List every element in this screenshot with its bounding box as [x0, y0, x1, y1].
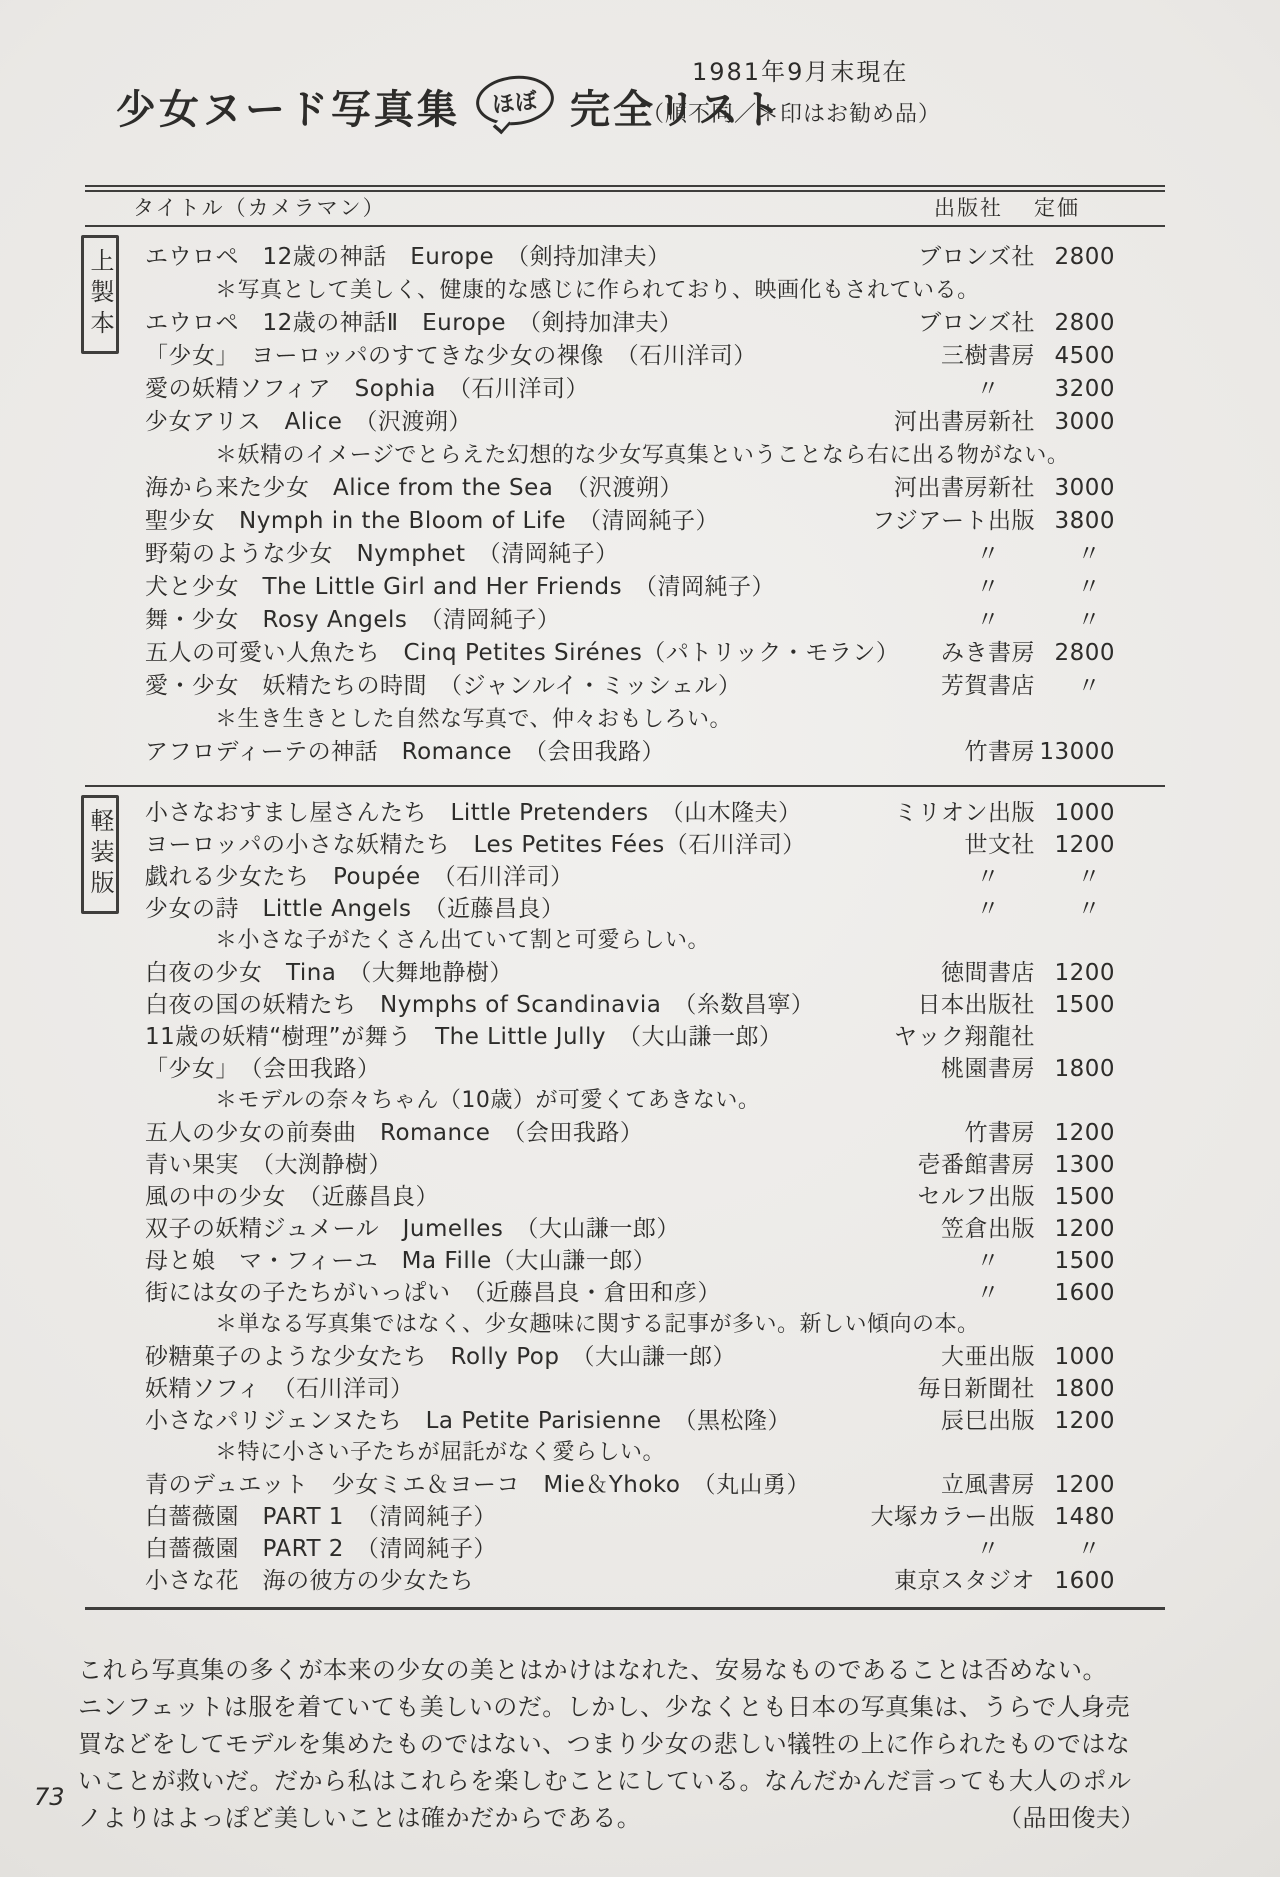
- note-row: ＊単なる写真集ではなく、少女趣味に関する記事が多い。新しい傾向の本。: [85, 1309, 1165, 1341]
- closing-essay: これら写真集の多くが本来の少女の美とはかけはなれた、安易なものであることは否めな…: [78, 1652, 1223, 1837]
- essay-line: いことが救いだ。だから私はこれらを楽しむことにしている。なんだかんだ言っても大人…: [78, 1763, 1223, 1800]
- book-title: エウロペ 12歳の神話 Europe （剣持加津夫）: [145, 241, 671, 274]
- publisher: フジアート出版: [872, 505, 1035, 538]
- table-section-hardcover: 上製本エウロペ 12歳の神話 Europe （剣持加津夫）ブロンズ社2800＊写…: [85, 227, 1165, 785]
- note-text: ＊生き生きとした自然な写真で、仲々おもしろい。: [215, 703, 732, 736]
- publisher: セルフ出版: [918, 1181, 1036, 1213]
- essay-line: これら写真集の多くが本来の少女の美とはかけはなれた、安易なものであることは否めな…: [78, 1652, 1223, 1689]
- book-title: 青のデュエット 少女ミエ＆ヨーコ Mie＆Yhoko （丸山勇）: [145, 1469, 810, 1501]
- book-row: 青い果実 （大渕静樹）壱番館書房1300: [85, 1149, 1165, 1181]
- book-title: 砂糖菓子のような少女たち Rolly Pop （大山謙一郎）: [145, 1341, 736, 1373]
- book-row: 五人の可愛い人魚たち Cinq Petites Sirénes（パトリック・モラ…: [85, 637, 1165, 670]
- page-number: 73: [34, 1783, 65, 1811]
- book-title: 11歳の妖精“樹理”が舞う The Little Jully （大山謙一郎）: [145, 1021, 783, 1053]
- book-title: 戯れる少女たち Poupée （石川洋司）: [145, 861, 574, 893]
- book-row: 愛の妖精ソフィア Sophia （石川洋司）〃3200: [85, 373, 1165, 406]
- book-row: 母と娘 マ・フィーユ Ma Fille（大山謙一郎）〃1500: [85, 1245, 1165, 1277]
- book-row: 「少女」 （会田我路）桃園書房1800: [85, 1053, 1165, 1085]
- date-note: 1981年9月末現在: [642, 52, 941, 87]
- publisher: 辰巳出版: [941, 1405, 1035, 1437]
- publisher: 大塚カラー出版: [871, 1501, 1036, 1533]
- book-row: 風の中の少女 （近藤昌良）セルフ出版1500: [85, 1181, 1165, 1213]
- publisher: 河出書房新社: [894, 472, 1035, 505]
- book-title: エウロペ 12歳の神話Ⅱ Europe （剣持加津夫）: [145, 307, 682, 340]
- book-row: 「少女」 ヨーロッパのすてきな少女の裸像 （石川洋司）三樹書房4500: [85, 340, 1165, 373]
- note-row: ＊小さな子がたくさん出ていて割と可愛らしい。: [85, 925, 1165, 957]
- price: 〃: [1078, 604, 1102, 637]
- book-title: 白薔薇園 PART 1 （清岡純子）: [145, 1501, 497, 1533]
- price: 1200: [1054, 1405, 1115, 1437]
- book-row: 少女の詩 Little Angels （近藤昌良）〃〃: [85, 893, 1165, 925]
- book-title: 五人の可愛い人魚たち Cinq Petites Sirénes（パトリック・モラ…: [145, 637, 899, 670]
- publisher: 壱番館書房: [918, 1149, 1036, 1181]
- price: 3200: [1054, 373, 1115, 406]
- book-title: 犬と少女 The Little Girl and Her Friends （清岡…: [145, 571, 775, 604]
- table-section-paperback: 軽装版小さなおすまし屋さんたち Little Pretenders （山木隆夫）…: [85, 785, 1165, 1607]
- book-title: 五人の少女の前奏曲 Romance （会田我路）: [145, 1117, 643, 1149]
- book-row: 少女アリス Alice （沢渡朔）河出書房新社3000: [85, 406, 1165, 439]
- book-row: 愛・少女 妖精たちの時間 （ジャンルイ・ミッシェル）芳賀書店〃: [85, 670, 1165, 703]
- publisher: ミリオン出版: [894, 797, 1035, 829]
- note-row: ＊モデルの奈々ちゃん（10歳）が可愛くてあきない。: [85, 1085, 1165, 1117]
- book-row: 白薔薇園 PART 1 （清岡純子）大塚カラー出版1480: [85, 1501, 1165, 1533]
- book-row: 小さなパリジェンヌたち La Petite Parisienne （黒松隆）辰巳…: [85, 1405, 1165, 1437]
- publisher: 〃: [977, 373, 1001, 406]
- publisher: 竹書房: [965, 736, 1036, 769]
- note-row: ＊写真として美しく、健康的な感じに作られており、映画化もされている。: [85, 274, 1165, 307]
- price: 〃: [1078, 861, 1102, 893]
- publisher: みき書房: [941, 637, 1035, 670]
- column-header-title: タイトル（カメラマン）: [133, 192, 386, 225]
- price: 〃: [1078, 670, 1102, 703]
- essay-line: ニンフェットは服を着ていても美しいのだ。しかし、少なくとも日本の写真集は、うらで…: [78, 1689, 1223, 1726]
- publisher: 東京スタジオ: [894, 1565, 1035, 1597]
- book-row: 五人の少女の前奏曲 Romance （会田我路）竹書房1200: [85, 1117, 1165, 1149]
- note-row: ＊生き生きとした自然な写真で、仲々おもしろい。: [85, 703, 1165, 736]
- book-title: 母と娘 マ・フィーユ Ma Fille（大山謙一郎）: [145, 1245, 656, 1277]
- book-row: 白夜の少女 Tina （大舞地静樹）徳間書店1200: [85, 957, 1165, 989]
- publisher: 〃: [977, 893, 1001, 925]
- note-row: ＊妖精のイメージでとらえた幻想的な少女写真集ということなら右に出る物がない。: [85, 439, 1165, 472]
- publisher: 毎日新聞社: [918, 1373, 1036, 1405]
- publisher: 〃: [977, 571, 1001, 604]
- price: 1800: [1054, 1053, 1115, 1085]
- book-title: 白薔薇園 PART 2 （清岡純子）: [145, 1533, 497, 1565]
- book-title: 「少女」 （会田我路）: [145, 1053, 381, 1085]
- book-row: 海から来た少女 Alice from the Sea （沢渡朔）河出書房新社30…: [85, 472, 1165, 505]
- book-title: 少女の詩 Little Angels （近藤昌良）: [145, 893, 565, 925]
- book-title: 愛の妖精ソフィア Sophia （石川洋司）: [145, 373, 589, 406]
- publisher: 立風書房: [941, 1469, 1035, 1501]
- book-row: 舞・少女 Rosy Angels （清岡純子）〃〃: [85, 604, 1165, 637]
- publisher: 〃: [977, 1533, 1001, 1565]
- price: 〃: [1078, 1533, 1102, 1565]
- book-title: 妖精ソフィ （石川洋司）: [145, 1373, 414, 1405]
- note-text: ＊妖精のイメージでとらえた幻想的な少女写真集ということなら右に出る物がない。: [215, 439, 1069, 472]
- column-header-price: 定価: [1034, 192, 1080, 225]
- page-title-left: 少女ヌード写真集: [116, 87, 460, 133]
- book-row: 白薔薇園 PART 2 （清岡純子）〃〃: [85, 1533, 1165, 1565]
- publisher: 徳間書店: [941, 957, 1035, 989]
- price: 1200: [1054, 1213, 1115, 1245]
- publisher: 桃園書房: [941, 1053, 1035, 1085]
- book-row: 犬と少女 The Little Girl and Her Friends （清岡…: [85, 571, 1165, 604]
- book-title: 街には女の子たちがいっぱい （近藤昌良・倉田和彦）: [145, 1277, 721, 1309]
- publisher: 〃: [977, 861, 1001, 893]
- publisher: 芳賀書店: [941, 670, 1035, 703]
- price: 〃: [1078, 893, 1102, 925]
- book-row: 戯れる少女たち Poupée （石川洋司）〃〃: [85, 861, 1165, 893]
- note-row: ＊特に小さい子たちが屈託がなく愛らしい。: [85, 1437, 1165, 1469]
- publisher: 世文社: [965, 829, 1036, 861]
- price: 1480: [1054, 1501, 1115, 1533]
- book-title: 白夜の国の妖精たち Nymphs of Scandinavia （糸数昌寧）: [145, 989, 814, 1021]
- publisher: 河出書房新社: [894, 406, 1035, 439]
- publisher: 笠倉出版: [941, 1213, 1035, 1245]
- book-title: 小さな花 海の彼方の少女たち: [145, 1565, 474, 1597]
- price: 1800: [1054, 1373, 1115, 1405]
- note-text: ＊小さな子がたくさん出ていて割と可愛らしい。: [215, 925, 710, 957]
- book-title: 青い果実 （大渕静樹）: [145, 1149, 392, 1181]
- price: 1600: [1054, 1277, 1115, 1309]
- publisher: 大亜出版: [941, 1341, 1035, 1373]
- table-sections: 上製本エウロペ 12歳の神話 Europe （剣持加津夫）ブロンズ社2800＊写…: [85, 227, 1165, 1607]
- book-title: ヨーロッパの小さな妖精たち Les Petites Fées（石川洋司）: [145, 829, 806, 861]
- publisher: 三樹書房: [941, 340, 1035, 373]
- note-text: ＊モデルの奈々ちゃん（10歳）が可愛くてあきない。: [215, 1085, 760, 1117]
- publisher: 竹書房: [965, 1117, 1036, 1149]
- book-row: エウロペ 12歳の神話 Europe （剣持加津夫）ブロンズ社2800: [85, 241, 1165, 274]
- book-title: アフロディーテの神話 Romance （会田我路）: [145, 736, 665, 769]
- book-list-table: タイトル（カメラマン） 出版社 定価 上製本エウロペ 12歳の神話 Europe…: [85, 185, 1165, 1610]
- book-row: 聖少女 Nymph in the Bloom of Life （清岡純子）フジア…: [85, 505, 1165, 538]
- book-row: 小さなおすまし屋さんたち Little Pretenders （山木隆夫）ミリオ…: [85, 797, 1165, 829]
- note-text: ＊単なる写真集ではなく、少女趣味に関する記事が多い。新しい傾向の本。: [215, 1309, 980, 1341]
- publisher: ブロンズ社: [918, 307, 1035, 340]
- price: 3000: [1054, 406, 1115, 439]
- price: 1500: [1054, 1181, 1115, 1213]
- price: 3000: [1054, 472, 1115, 505]
- table-header-row: タイトル（カメラマン） 出版社 定価: [85, 185, 1165, 227]
- price: 2800: [1054, 637, 1115, 670]
- price: 1200: [1054, 957, 1115, 989]
- book-row: アフロディーテの神話 Romance （会田我路）竹書房13000: [85, 736, 1165, 769]
- scanned-page: 少女ヌード写真集ほぼ完全リスト 1981年9月末現在 （順不同／＊印はお勧め品）…: [0, 0, 1280, 1877]
- price: 〃: [1078, 538, 1102, 571]
- price: 1600: [1054, 1565, 1115, 1597]
- price: 1500: [1054, 989, 1115, 1021]
- book-row: 小さな花 海の彼方の少女たち東京スタジオ1600: [85, 1565, 1165, 1597]
- book-title: 愛・少女 妖精たちの時間 （ジャンルイ・ミッシェル）: [145, 670, 741, 703]
- price: 1200: [1054, 829, 1115, 861]
- book-title: 野菊のような少女 Nymphet （清岡純子）: [145, 538, 619, 571]
- book-row: 野菊のような少女 Nymphet （清岡純子）〃〃: [85, 538, 1165, 571]
- book-title: 海から来た少女 Alice from the Sea （沢渡朔）: [145, 472, 683, 505]
- price: 2800: [1054, 241, 1115, 274]
- book-row: 双子の妖精ジュメール Jumelles （大山謙一郎）笠倉出版1200: [85, 1213, 1165, 1245]
- book-title: 双子の妖精ジュメール Jumelles （大山謙一郎）: [145, 1213, 680, 1245]
- book-row: 妖精ソフィ （石川洋司）毎日新聞社1800: [85, 1373, 1165, 1405]
- book-title: 「少女」 ヨーロッパのすてきな少女の裸像 （石川洋司）: [145, 340, 757, 373]
- publisher: ブロンズ社: [918, 241, 1035, 274]
- essay-last-line: ノよりはよっぽど美しいことは確かだからである。 （品田俊夫）: [78, 1800, 1223, 1837]
- book-title: 小さなパリジェンヌたち La Petite Parisienne （黒松隆）: [145, 1405, 791, 1437]
- publisher: 〃: [977, 538, 1001, 571]
- essay-line: 買などをしてモデルを集めたものではない、つまり少女の悲しい犠牲の上に作られたもの…: [78, 1726, 1223, 1763]
- book-row: 11歳の妖精“樹理”が舞う The Little Jully （大山謙一郎）ヤッ…: [85, 1021, 1165, 1053]
- book-title: 少女アリス Alice （沢渡朔）: [145, 406, 472, 439]
- header-notes: 1981年9月末現在 （順不同／＊印はお勧め品）: [642, 52, 941, 128]
- price: 1500: [1054, 1245, 1115, 1277]
- price: 3800: [1054, 505, 1115, 538]
- book-row: エウロペ 12歳の神話Ⅱ Europe （剣持加津夫）ブロンズ社2800: [85, 307, 1165, 340]
- price: 1000: [1054, 797, 1115, 829]
- book-title: 風の中の少女 （近藤昌良）: [145, 1181, 439, 1213]
- publisher: ヤック翔龍社: [894, 1021, 1035, 1053]
- price: 1300: [1054, 1149, 1115, 1181]
- book-title: 舞・少女 Rosy Angels （清岡純子）: [145, 604, 560, 637]
- book-title: 小さなおすまし屋さんたち Little Pretenders （山木隆夫）: [145, 797, 802, 829]
- publisher: 日本出版社: [918, 989, 1036, 1021]
- publisher: 〃: [977, 604, 1001, 637]
- publisher: 〃: [977, 1277, 1001, 1309]
- price: 1000: [1054, 1341, 1115, 1373]
- book-row: 砂糖菓子のような少女たち Rolly Pop （大山謙一郎）大亜出版1000: [85, 1341, 1165, 1373]
- price: 〃: [1078, 571, 1102, 604]
- price: 4500: [1054, 340, 1115, 373]
- column-header-publisher: 出版社: [934, 192, 1003, 225]
- book-row: 白夜の国の妖精たち Nymphs of Scandinavia （糸数昌寧）日本…: [85, 989, 1165, 1021]
- price: 13000: [1039, 736, 1115, 769]
- speech-bubble: ほぼ: [474, 72, 557, 129]
- note-text: ＊特に小さい子たちが屈託がなく愛らしい。: [215, 1437, 665, 1469]
- book-title: 白夜の少女 Tina （大舞地静樹）: [145, 957, 513, 989]
- book-row: ヨーロッパの小さな妖精たち Les Petites Fées（石川洋司）世文社1…: [85, 829, 1165, 861]
- book-row: 街には女の子たちがいっぱい （近藤昌良・倉田和彦）〃1600: [85, 1277, 1165, 1309]
- author-signature: （品田俊夫）: [998, 1800, 1223, 1837]
- page-header: 少女ヌード写真集ほぼ完全リスト 1981年9月末現在 （順不同／＊印はお勧め品）: [0, 0, 1280, 185]
- price: 1200: [1054, 1469, 1115, 1501]
- book-title: 聖少女 Nymph in the Bloom of Life （清岡純子）: [145, 505, 719, 538]
- publisher: 〃: [977, 1245, 1001, 1277]
- book-row: 青のデュエット 少女ミエ＆ヨーコ Mie＆Yhoko （丸山勇）立風書房1200: [85, 1469, 1165, 1501]
- price: 1200: [1054, 1117, 1115, 1149]
- essay-line: ノよりはよっぽど美しいことは確かだからである。: [78, 1800, 641, 1837]
- order-note: （順不同／＊印はお勧め品）: [642, 97, 941, 128]
- price: 2800: [1054, 307, 1115, 340]
- note-text: ＊写真として美しく、健康的な感じに作られており、映画化もされている。: [215, 274, 980, 307]
